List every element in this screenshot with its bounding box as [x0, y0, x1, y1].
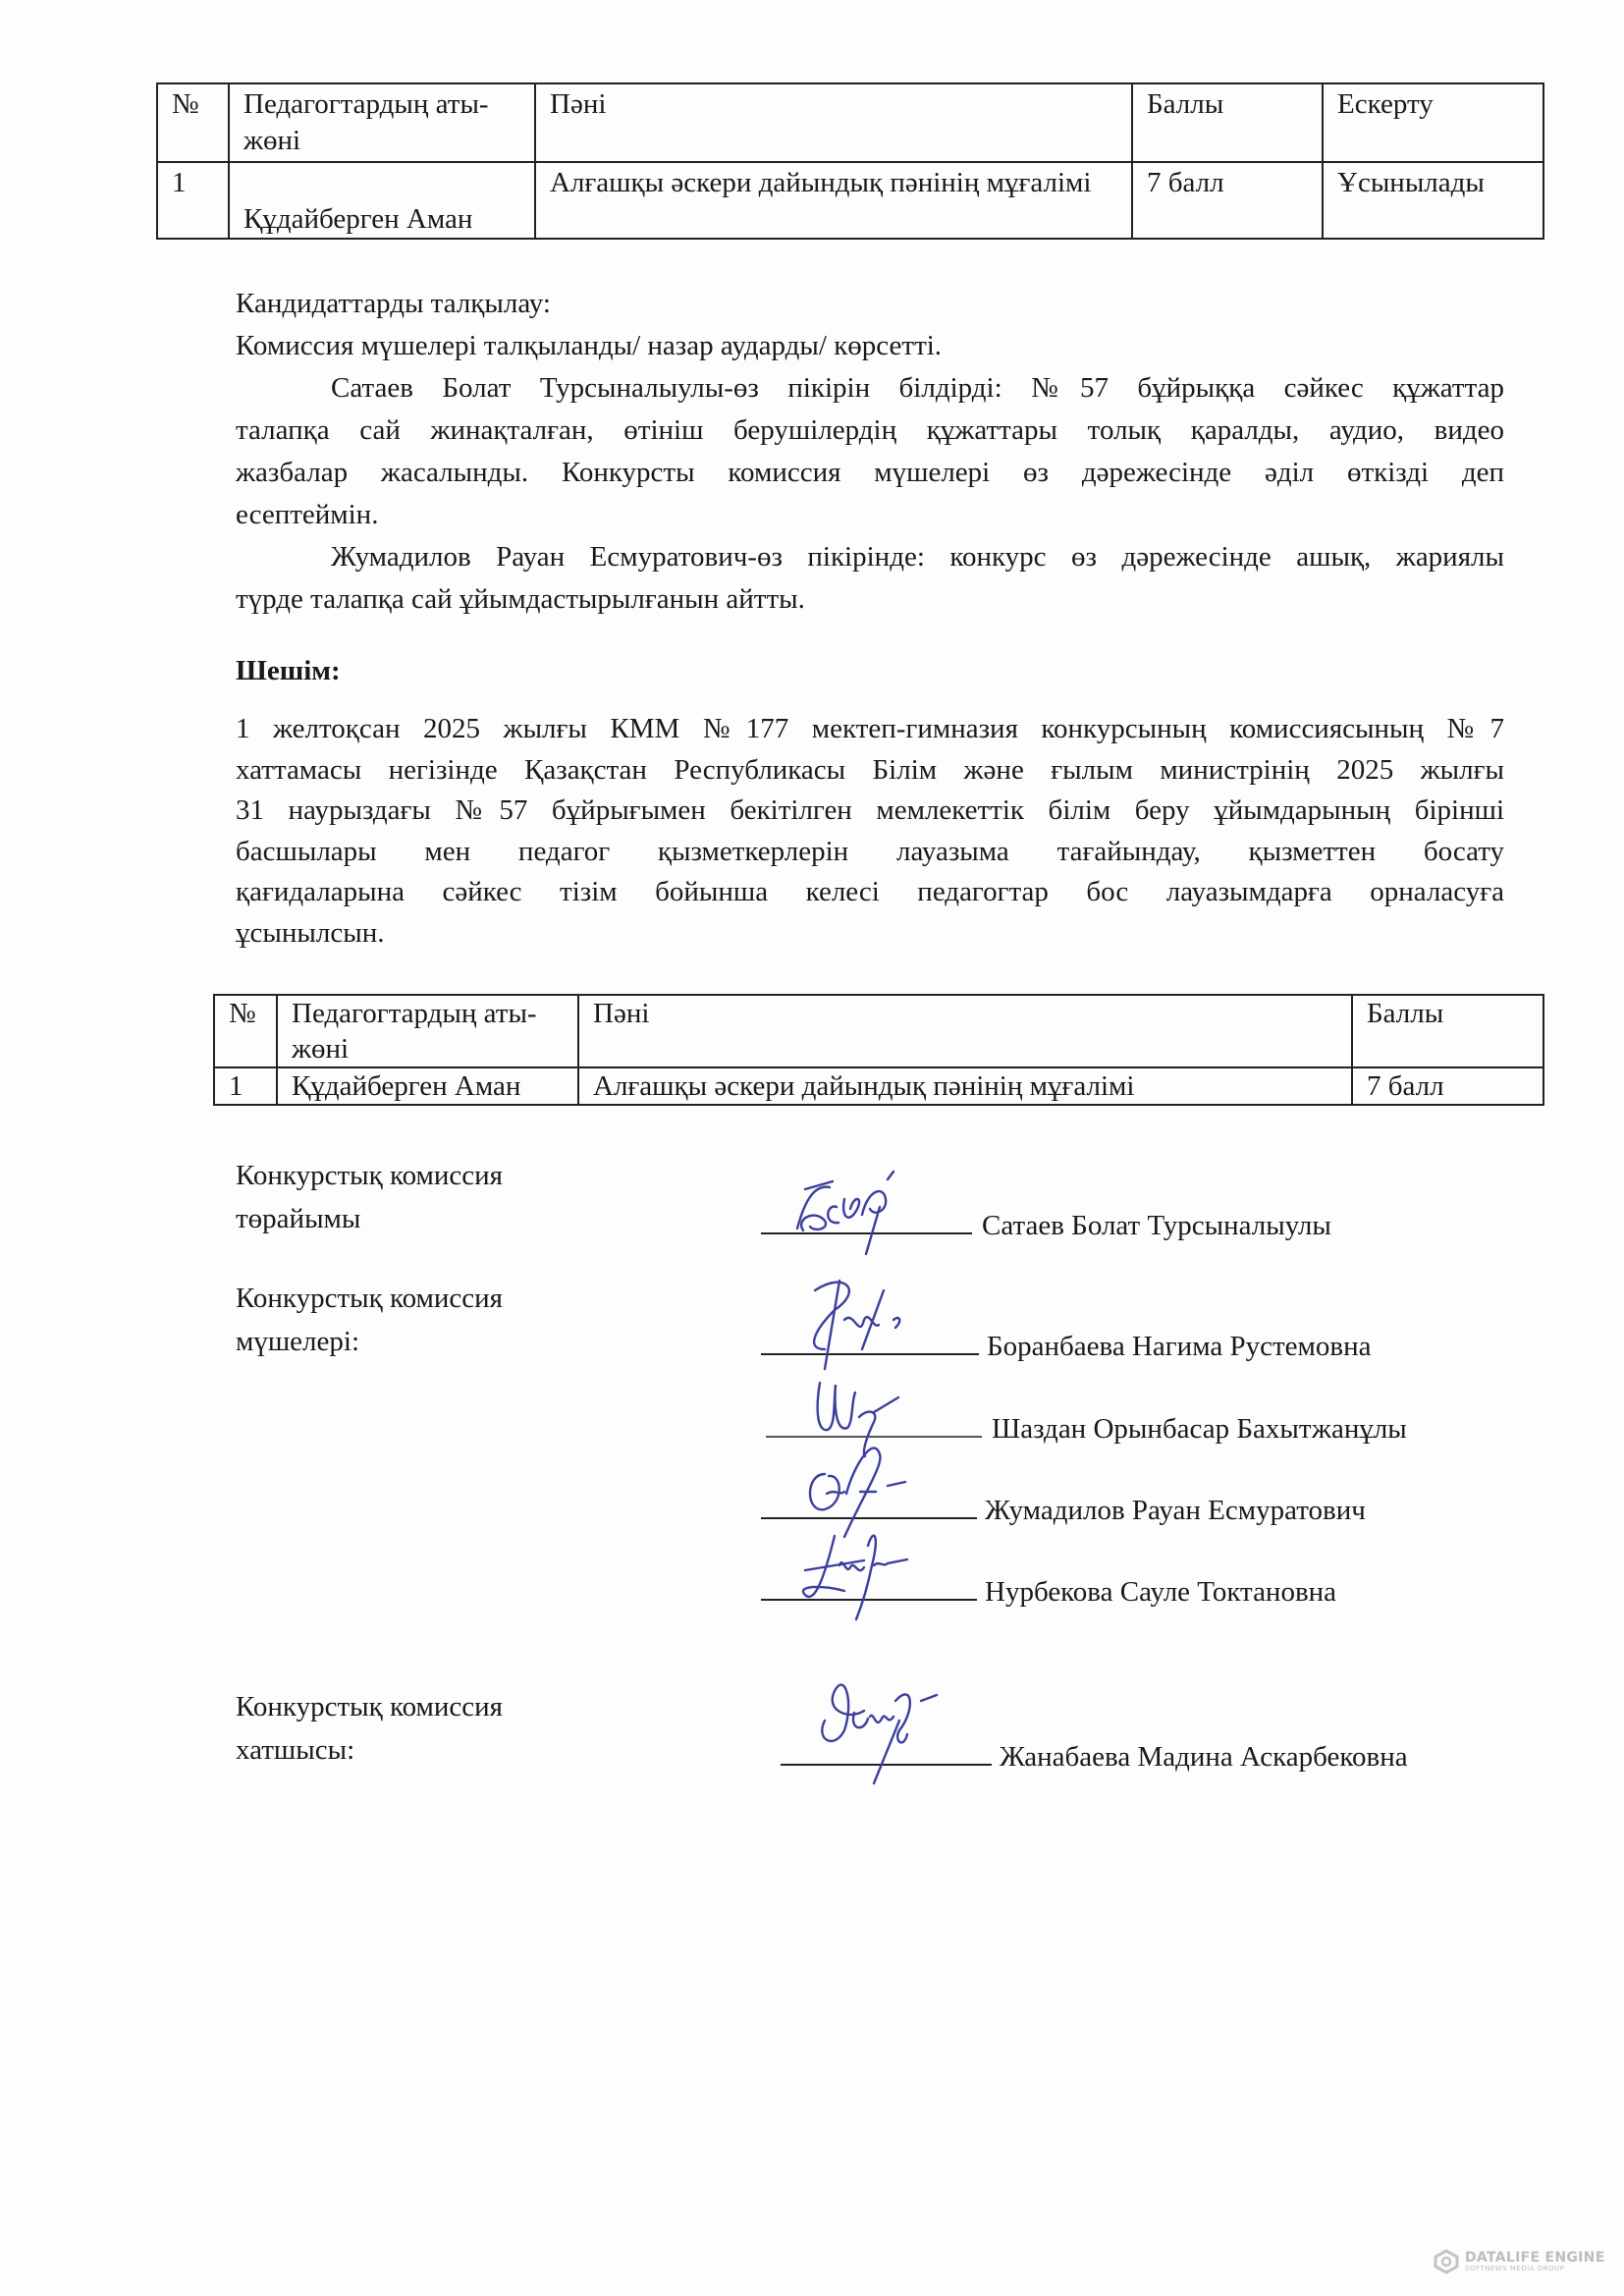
datalife-logo-icon	[1434, 2249, 1459, 2274]
member-name: Нурбекова Сауле Токтановна	[985, 1576, 1336, 1609]
secretary-label: Конкурстық комиссия хатшысы:	[236, 1685, 503, 1772]
opinion-2-line: Жумадилов Рауан Есмуратович-өз пікірінде…	[236, 536, 1504, 578]
cell-no: 1	[214, 1067, 277, 1105]
candidates-table: № Педагогтардың аты-жөні Пәні Баллы Еске…	[156, 82, 1544, 240]
decision-body: 1 желтоқсан 2025 жылғы КММ №177 мектеп-г…	[236, 709, 1504, 954]
watermark: DATALIFE ENGINE SOFTNEWS MEDIA GROUP	[1434, 2249, 1605, 2274]
decision-heading: Шешім:	[236, 650, 1504, 692]
opinion-1-line: Сатаев Болат Турсыналыулы-өз пікірін біл…	[236, 367, 1504, 410]
cell-name: Құдайберген Аман	[229, 162, 535, 239]
watermark-subtitle: SOFTNEWS MEDIA GROUP	[1465, 2265, 1605, 2272]
header-note: Ескерту	[1323, 83, 1543, 162]
decision-line: ұсынылсын.	[236, 913, 1504, 955]
members-label: Конкурстық комиссия мүшелері:	[236, 1277, 503, 1363]
cell-note: Ұсынылады	[1323, 162, 1543, 239]
decision-line: қағидаларына сәйкес тізім бойынша келесі…	[236, 872, 1504, 913]
table-header-row: № Педагогтардың аты-жөні Пәні Баллы	[214, 995, 1543, 1067]
handwritten-signature-icon	[805, 1662, 962, 1789]
opinion-1-line: талапқа сай жинақталған, өтініш берушіле…	[236, 410, 1504, 452]
decision-line: басшылары мен педагог қызметкерлерін лау…	[236, 832, 1504, 873]
cell-subject: Алғашқы әскери дайындық пәнінің мұғалімі	[578, 1067, 1352, 1105]
watermark-title: DATALIFE ENGINE	[1465, 2251, 1605, 2265]
opinion-1-line: жазбалар жасалынды. Конкурсты комиссия м…	[236, 452, 1504, 494]
secretary-signature-row: Жанабаева Мадина Аскарбековна	[781, 1687, 1566, 1766]
chair-label: Конкурстық комиссия төрайымы	[236, 1154, 503, 1240]
header-subject: Пәні	[535, 83, 1132, 162]
header-no: №	[214, 995, 277, 1067]
cell-no: 1	[157, 162, 229, 239]
decision-line: хаттамасы негізінде Қазақстан Республика…	[236, 750, 1504, 792]
header-score: Баллы	[1132, 83, 1323, 162]
table-header-row: № Педагогтардың аты-жөні Пәні Баллы Еске…	[157, 83, 1543, 162]
opinion-2-line: түрде талапқа сай ұйымдастырылғанын айтт…	[236, 578, 1504, 621]
member-signature-row: Нурбекова Сауле Токтановна	[761, 1522, 1546, 1601]
chair-signature-row: Сатаев Болат Турсыналыулы	[761, 1156, 1546, 1234]
cell-subject: Алғашқы әскери дайындық пәнінің мұғалімі	[535, 162, 1132, 239]
handwritten-signature-icon	[785, 1516, 933, 1624]
decision-line: 31 наурыздағы №57 бұйрығымен бекітілген …	[236, 791, 1504, 832]
member-signature-row: Шаздан Орынбасар Бахытжанұлы	[766, 1359, 1551, 1438]
chair-name: Сатаев Болат Турсыналыулы	[982, 1210, 1331, 1242]
table-row: 1 Құдайберген Аман Алғашқы әскери дайынд…	[157, 162, 1543, 239]
secretary-name: Жанабаева Мадина Аскарбековна	[1000, 1741, 1408, 1774]
header-no: №	[157, 83, 229, 162]
discussion-heading: Кандидаттарды талқылау:	[236, 283, 1504, 325]
decision-line: 1 желтоқсан 2025 жылғы КММ №177 мектеп-г…	[236, 709, 1504, 750]
decision-section: Шешім:	[236, 650, 1504, 692]
member-signature-row: Жумадилов Рауан Есмуратович	[761, 1441, 1546, 1519]
document-page: № Педагогтардың аты-жөні Пәні Баллы Еске…	[0, 0, 1624, 2296]
approved-table: № Педагогтардың аты-жөні Пәні Баллы 1 Құ…	[213, 994, 1544, 1106]
cell-name: Құдайберген Аман	[277, 1067, 578, 1105]
discussion-intro: Комиссия мүшелері талқыланды/ назар ауда…	[236, 325, 1504, 367]
opinion-1-line: есептеймін.	[236, 494, 1504, 536]
header-subject: Пәні	[578, 995, 1352, 1067]
header-name: Педагогтардың аты-жөні	[229, 83, 535, 162]
header-score: Баллы	[1352, 995, 1543, 1067]
member-signature-row: Боранбаева Нагима Рустемовна	[761, 1277, 1546, 1355]
cell-score: 7 балл	[1132, 162, 1323, 239]
handwritten-signature-icon	[785, 1160, 933, 1258]
cell-score: 7 балл	[1352, 1067, 1543, 1105]
table-row: 1 Құдайберген Аман Алғашқы әскери дайынд…	[214, 1067, 1543, 1105]
header-name: Педагогтардың аты-жөні	[277, 995, 578, 1067]
discussion-section: Кандидаттарды талқылау: Комиссия мүшелер…	[236, 283, 1504, 621]
